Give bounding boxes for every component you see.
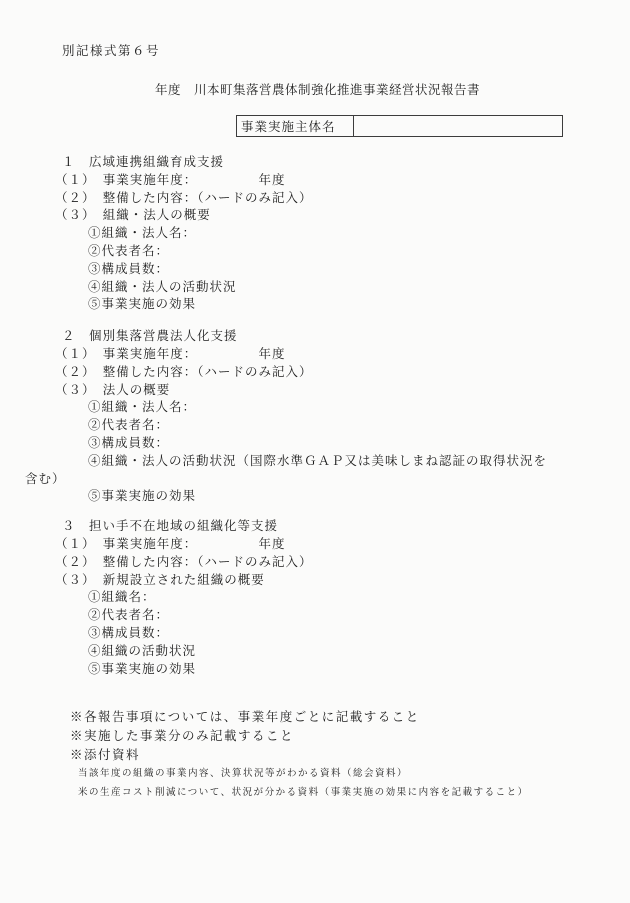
- section-3-heading: ３ 担い手不在地域の組織化等支援: [62, 518, 630, 536]
- form-line: （１） 事業実施年度： 年度: [55, 346, 630, 364]
- entity-name-label: 事業実施主体名: [237, 116, 354, 137]
- form-line-wrap: 含む）: [25, 471, 630, 489]
- form-line: ⑤事業実施の効果: [88, 661, 630, 679]
- entity-name-table: 事業実施主体名: [236, 115, 563, 137]
- form-line: ①組織・法人名：: [88, 225, 630, 243]
- form-line: （２） 整備した内容：（ハードのみ記入）: [55, 190, 630, 208]
- form-line: （１） 事業実施年度： 年度: [55, 536, 630, 554]
- report-title: 年度 川本町集落営農体制強化推進事業経営状況報告書: [155, 83, 630, 97]
- entity-name-row: 事業実施主体名: [237, 116, 563, 137]
- form-line: （３） 組織・法人の概要: [55, 207, 630, 225]
- form-line: ③構成員数：: [88, 261, 630, 279]
- form-line: ④組織・法人の活動状況（国際水準ＧＡＰ又は美味しまね認証の取得状況を: [88, 453, 630, 471]
- section-no-farmer-areas: ３ 担い手不在地域の組織化等支援 （１） 事業実施年度： 年度 （２） 整備した…: [0, 518, 630, 678]
- section-2-heading: ２ 個別集落営農法人化支援: [62, 328, 630, 346]
- form-line: ②代表者名：: [88, 607, 630, 625]
- section-wide-area-cooperation: １ 広域連携組織育成支援 （１） 事業実施年度： 年度 （２） 整備した内容：（…: [0, 154, 630, 314]
- note-line: ※各報告事項については、事業年度ごとに記載すること: [70, 708, 630, 727]
- form-line: ⑤事業実施の効果: [88, 488, 630, 506]
- form-line: （１） 事業実施年度： 年度: [55, 172, 630, 190]
- entity-name-input[interactable]: [354, 116, 563, 137]
- form-line: （３） 新規設立された組織の概要: [55, 572, 630, 590]
- form-line: （３） 法人の概要: [55, 382, 630, 400]
- attachment-line: 米の生産コスト削減について、状況が分かる資料（事業実施の効果に内容を記載すること…: [78, 784, 630, 803]
- form-line: ③構成員数：: [88, 625, 630, 643]
- form-line: ③構成員数：: [88, 435, 630, 453]
- form-line: ①組織・法人名：: [88, 399, 630, 417]
- form-line: （２） 整備した内容：（ハードのみ記入）: [55, 554, 630, 572]
- report-page: 別記様式第６号 年度 川本町集落営農体制強化推進事業経営状況報告書 事業実施主体…: [0, 0, 630, 903]
- form-line: ②代表者名：: [88, 243, 630, 261]
- form-line: ①組織名：: [88, 589, 630, 607]
- attachment-line: 当該年度の組織の事業内容、決算状況等がわかる資料（総会資料）: [78, 765, 630, 784]
- form-line: ②代表者名：: [88, 417, 630, 435]
- form-line: （２） 整備した内容：（ハードのみ記入）: [55, 364, 630, 382]
- section-individual-incorporation: ２ 個別集落営農法人化支援 （１） 事業実施年度： 年度 （２） 整備した内容：…: [0, 328, 630, 506]
- form-line: ⑤事業実施の効果: [88, 296, 630, 314]
- form-line: ④組織・法人の活動状況: [88, 279, 630, 297]
- section-1-heading: １ 広域連携組織育成支援: [62, 154, 630, 172]
- note-line: ※実施した事業分のみ記載すること: [70, 727, 630, 746]
- footnotes: ※各報告事項については、事業年度ごとに記載すること ※実施した事業分のみ記載する…: [0, 708, 630, 803]
- form-number: 別記様式第６号: [62, 44, 630, 58]
- note-line: ※添付資料: [70, 746, 630, 765]
- form-line: ④組織の活動状況: [88, 643, 630, 661]
